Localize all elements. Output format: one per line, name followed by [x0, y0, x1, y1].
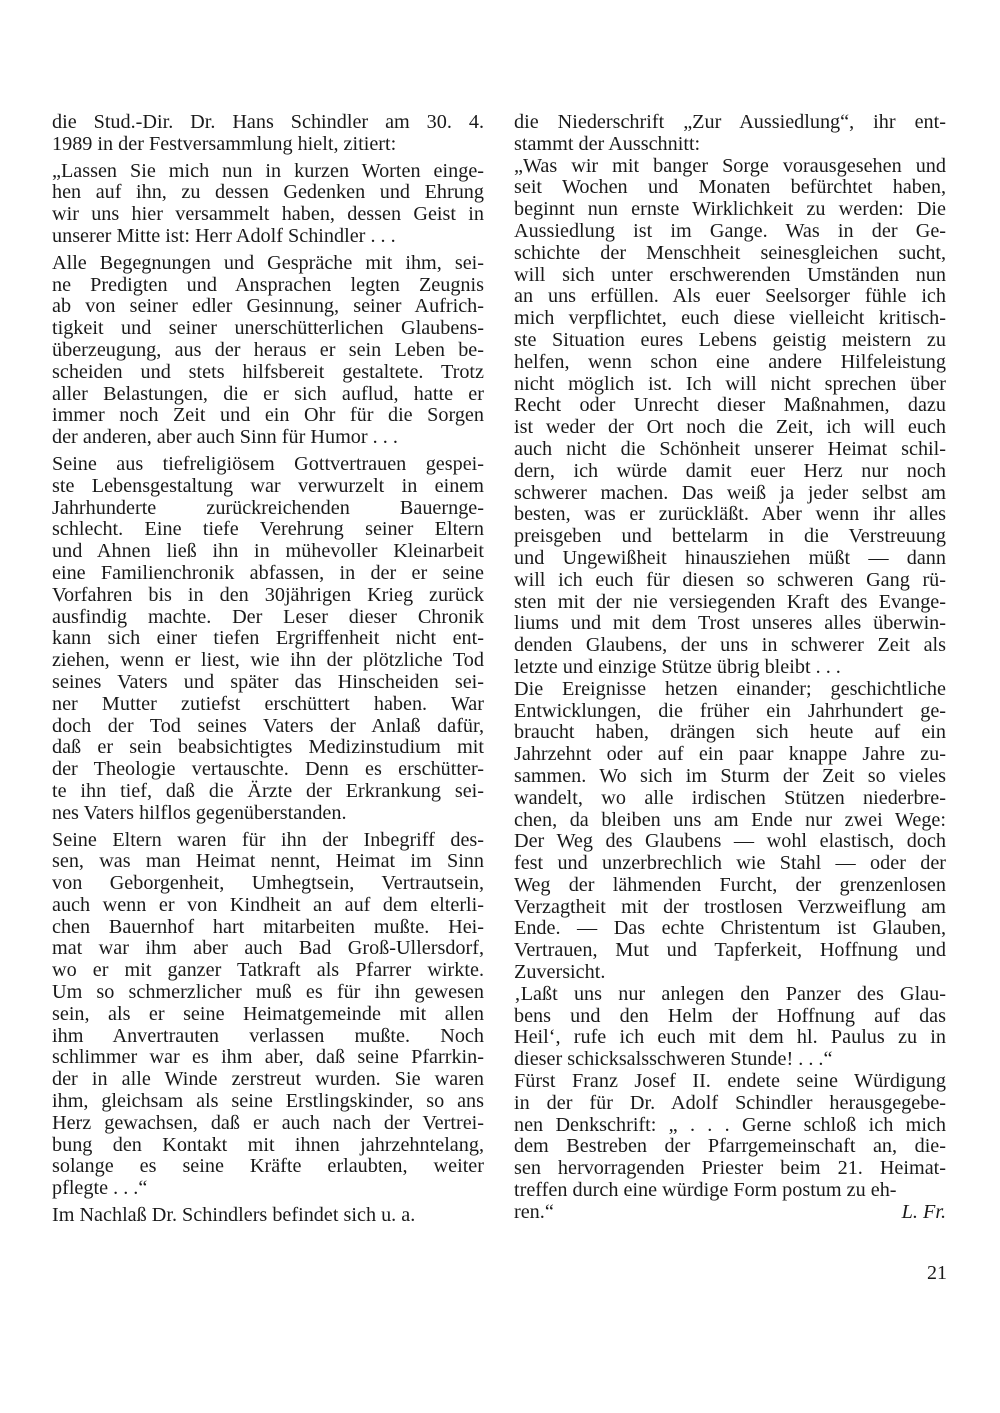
text-line: der in alle Winde zerstreut wurden. Sie … [52, 1069, 484, 1091]
text-line: dem Bestreben der Pfarrgemeinschaft an, … [514, 1136, 946, 1158]
text-line: dern, ich würde damit euer Herz nur noch [514, 461, 946, 483]
text-line: Entwicklungen, die früher ein Jahrhunder… [514, 701, 946, 723]
text-line: eine Familienchronik abfassen, in der er… [52, 563, 484, 585]
text-line: fest und unzerbrechlich wie Stahl — oder… [514, 853, 946, 875]
text-line: seines Vaters und später das Hinscheiden… [52, 672, 484, 694]
text-line: mich verpflichtet, euch diese vielleicht… [514, 308, 946, 330]
paragraph: Die Ereignisse hetzen einander; geschich… [514, 679, 946, 984]
text-line: Aussiedlung ist im Gange. Was in der Ge- [514, 221, 946, 243]
text-line: wo er mit ganzer Tatkraft als Pfarrer wi… [52, 960, 484, 982]
text-line: Zuversicht. [514, 962, 946, 984]
text-line: chen Bauernhof hart mitarbeiten mußte. H… [52, 917, 484, 939]
paragraph: Im Nachlaß Dr. Schindlers befindet sich … [52, 1205, 484, 1227]
text-line: ne Predigten und Ansprachen legten Zeugn… [52, 275, 484, 297]
text-line: daß er sein beabsichtigtes Medizinstudiu… [52, 737, 484, 759]
text-line: tigkeit und seiner unerschütterlichen Gl… [52, 318, 484, 340]
text-line: seit Wochen und Monaten befürchtet haben… [514, 177, 946, 199]
text-line: letzte und einzige Stütze übrig bleibt .… [514, 657, 946, 679]
text-line: die Niederschrift „Zur Aussiedlung“, ihr… [514, 112, 946, 134]
paragraph: Alle Begegnungen und Gespräche mit ihm, … [52, 253, 484, 449]
paragraph: „Lassen Sie mich nun in kurzen Worten ei… [52, 161, 484, 248]
text-line: und Ahnen ließ ihn in mühevoller Kleinar… [52, 541, 484, 563]
author-signature: L. Fr. [902, 1202, 946, 1224]
text-line: ihm Anvertrauten verlassen mußte. Noch [52, 1026, 484, 1048]
text-line: Vertrauen, Mut und Tapferkeit, Hoffnung … [514, 940, 946, 962]
text-line: Jahrzehnt oder auf ein paar knappe Jahre… [514, 744, 946, 766]
text-line: aller Belastungen, die er sich auflud, h… [52, 384, 484, 406]
text-line: Heil‘, rufe ich euch mit dem hl. Paulus … [514, 1027, 946, 1049]
text-line: auch wenn er von Kindheit an auf dem elt… [52, 895, 484, 917]
text-line: hen auf ihn, zu dessen Gedenken und Ehru… [52, 182, 484, 204]
paragraph: Seine Eltern waren für ihn der Inbegriff… [52, 830, 484, 1201]
text-line: Vorfahren bis in den 30jährigen Krieg zu… [52, 585, 484, 607]
text-line: solange es seine Kräfte erlaubten, weite… [52, 1156, 484, 1178]
paragraph: Fürst Franz Josef II. endete seine Würdi… [514, 1071, 946, 1202]
text-line: nes Vaters hilflos gegenüberstanden. [52, 803, 484, 825]
text-line: denden Glaubens, der uns in schwerer Zei… [514, 635, 946, 657]
text-line: will ich euch für diesen so schweren Gan… [514, 570, 946, 592]
text-line: 1989 in der Festversammlung hielt, zitie… [52, 134, 484, 156]
text-line: in der für Dr. Adolf Schindler herausgeg… [514, 1093, 946, 1115]
text-line: ihm, gleichsam als seine Erstlingskinder… [52, 1091, 484, 1113]
text-line: bung den Kontakt mit ihnen jahrzehntelan… [52, 1135, 484, 1157]
text-line: Verzagtheit mit der trostlosen Verzweifl… [514, 897, 946, 919]
text-line: preisgeben und bettelarm in die Verstreu… [514, 526, 946, 548]
text-line: dieser schicksalsschweren Stunde! . . .“ [514, 1049, 946, 1071]
text-line: beginnt nun ernste Wirklichkeit zu werde… [514, 199, 946, 221]
text-line: ste Lebensgestaltung war verwurzelt in e… [52, 476, 484, 498]
text-line: te ihn tief, daß die Ärzte der Erkrankun… [52, 781, 484, 803]
text-line: scheiden und stets hilfsbereit gestaltet… [52, 362, 484, 384]
text-line: chen, da bleiben uns am Ende nur zwei We… [514, 810, 946, 832]
text-line: helfen, wenn schon eine andere Hilfeleis… [514, 352, 946, 374]
text-line: von Geborgenheit, Umhegtsein, Vertrautse… [52, 873, 484, 895]
text-line: mat war ihm aber auch Bad Groß-Ullersdor… [52, 938, 484, 960]
paragraph: die Stud.-Dir. Dr. Hans Schindler am 30.… [52, 112, 484, 156]
text-line: Weg der lähmenden Furcht, der grenzenlos… [514, 875, 946, 897]
text-line: wir uns hier versammelt haben, dessen Ge… [52, 204, 484, 226]
text-line: ziehen, wenn er liest, wie ihn der plötz… [52, 650, 484, 672]
paragraph: ‚Laßt uns nur anlegen den Panzer des Gla… [514, 984, 946, 1071]
paragraph: Seine aus tiefreligiösem Gottvertrauen g… [52, 454, 484, 825]
right-column: die Niederschrift „Zur Aussiedlung“, ihr… [514, 112, 946, 1224]
text-line: Jahrhunderte zurückreichenden Bauernge- [52, 498, 484, 520]
text-line: treffen durch eine würdige Form postum z… [514, 1180, 946, 1202]
text-line: sen hervorragenden Priester beim 21. Hei… [514, 1158, 946, 1180]
text-line: nicht möglich ist. Ich will nicht sprech… [514, 374, 946, 396]
text-line: Der Weg des Glaubens — wohl elastisch, d… [514, 831, 946, 853]
text-line: immer noch Zeit und ein Ohr für die Sorg… [52, 405, 484, 427]
text-line: pflegte . . .“ [52, 1178, 484, 1200]
text-line: „Lassen Sie mich nun in kurzen Worten ei… [52, 161, 484, 183]
text-line: die Stud.-Dir. Dr. Hans Schindler am 30.… [52, 112, 484, 134]
text-line: ‚Laßt uns nur anlegen den Panzer des Gla… [514, 984, 946, 1006]
text-line: Fürst Franz Josef II. endete seine Würdi… [514, 1071, 946, 1093]
text-line: der anderen, aber auch Sinn für Humor . … [52, 427, 484, 449]
text-line: will sich unter erschwerenden Umständen … [514, 265, 946, 287]
text-line: auch nicht die Schönheit unserer Heimat … [514, 439, 946, 461]
text-line: schwerer machen. Das weiß ja jeder selbs… [514, 483, 946, 505]
text-line: besten, was er zurückläßt. Aber wenn ihr… [514, 504, 946, 526]
text-line: schlimmer war es ihm aber, daß seine Pfa… [52, 1047, 484, 1069]
page-number: 21 [927, 1262, 947, 1284]
text-line: sen, was man Heimat nennt, Heimat im Sin… [52, 851, 484, 873]
text-line: und Ungewißheit hinausziehen müßt — dann [514, 548, 946, 570]
text-line: schichte der Menschheit seinesgleichen s… [514, 243, 946, 265]
document-page: die Stud.-Dir. Dr. Hans Schindler am 30.… [0, 0, 1000, 1413]
text-line: ab von seiner edler Gesinnung, seiner Au… [52, 296, 484, 318]
left-column: die Stud.-Dir. Dr. Hans Schindler am 30.… [52, 112, 484, 1227]
text-line: wandelt, wo alle irdischen Stützen niede… [514, 788, 946, 810]
text-line: nen Denkschrift: „ . . . Gerne schloß ic… [514, 1115, 946, 1137]
text-line: Recht oder Unrecht dieser Maßnahmen, daz… [514, 395, 946, 417]
text-line: Ende. — Das echte Christentum ist Glaube… [514, 918, 946, 940]
closing-line: ren.“L. Fr. [514, 1202, 946, 1224]
text-line: schlecht. Eine tiefe Verehrung seiner El… [52, 519, 484, 541]
text-line: braucht haben, drängen sich heute auf ei… [514, 722, 946, 744]
text-line: überzeugung, aus der heraus er sein Lebe… [52, 340, 484, 362]
text-line: „Was wir mit banger Sorge vorausgesehen … [514, 156, 946, 178]
text-line: unserer Mitte ist: Herr Adolf Schindler … [52, 226, 484, 248]
text-line: Um so schmerzlicher muß es für ihn gewes… [52, 982, 484, 1004]
text-line: ist weder der Ort noch die Zeit, ich wil… [514, 417, 946, 439]
text-line: Herz gewachsen, daß er auch nach der Ver… [52, 1113, 484, 1135]
paragraph: „Was wir mit banger Sorge vorausgesehen … [514, 156, 946, 679]
text-line: doch der Tod seines Vaters der Anlaß daf… [52, 716, 484, 738]
text-line: Seine aus tiefreligiösem Gottvertrauen g… [52, 454, 484, 476]
text-line: kann sich einer tiefen Ergriffenheit nic… [52, 628, 484, 650]
text-line: Seine Eltern waren für ihn der Inbegriff… [52, 830, 484, 852]
paragraph: die Niederschrift „Zur Aussiedlung“, ihr… [514, 112, 946, 156]
text-line: Alle Begegnungen und Gespräche mit ihm, … [52, 253, 484, 275]
text-line: ste Situation eures Lebens geistig meist… [514, 330, 946, 352]
text-line: ausfindig machte. Der Leser dieser Chron… [52, 607, 484, 629]
text-line: Die Ereignisse hetzen einander; geschich… [514, 679, 946, 701]
text-line: bens und den Helm der Hoffnung auf das [514, 1006, 946, 1028]
text-line: stammt der Ausschnitt: [514, 134, 946, 156]
text-line: ner Mutter zutiefst erschüttert haben. W… [52, 694, 484, 716]
text-line: Im Nachlaß Dr. Schindlers befindet sich … [52, 1205, 484, 1227]
text-line: sammen. Wo sich im Sturm der Zeit so vie… [514, 766, 946, 788]
text-line: liums und mit dem Trost unseres alles üb… [514, 613, 946, 635]
text-line: sten mit der nie versiegenden Kraft des … [514, 592, 946, 614]
text-line: sein, als er seine Heimatgemeinde mit al… [52, 1004, 484, 1026]
text-line: an uns erfüllen. Als euer Seelsorger füh… [514, 286, 946, 308]
text-line: der Theologie vertauschte. Denn es ersch… [52, 759, 484, 781]
closing-text: ren.“ [514, 1202, 554, 1224]
